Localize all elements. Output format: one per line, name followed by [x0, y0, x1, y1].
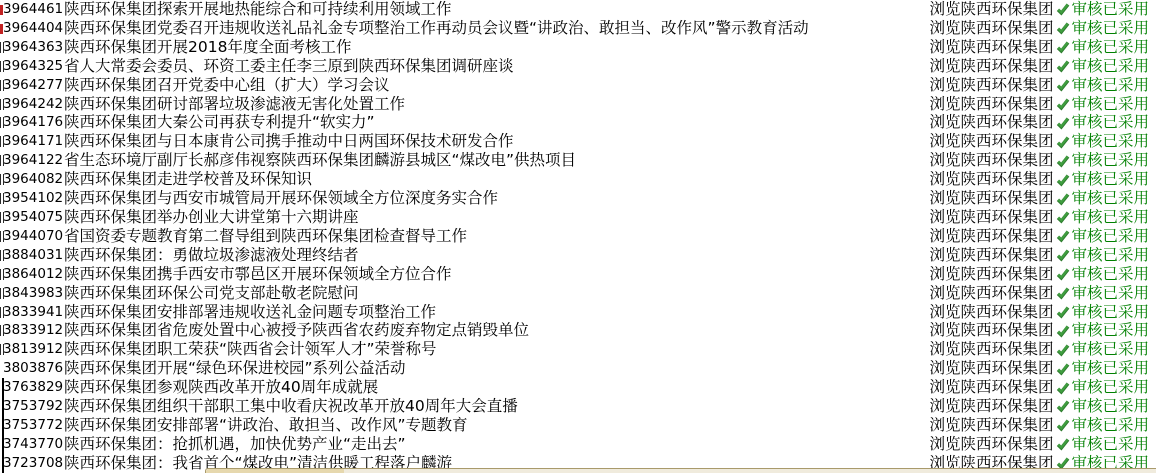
browse-link[interactable]: 浏览陕西环保集团 — [929, 19, 1053, 38]
status-label: 审核已采用 — [1071, 416, 1149, 435]
status-label: 审核已采用 — [1071, 132, 1149, 151]
browse-link[interactable]: 浏览陕西环保集团 — [929, 57, 1053, 76]
browse-link[interactable]: 浏览陕西环保集团 — [929, 265, 1053, 284]
article-title-link[interactable]: 陕西环保集团参观陕西改革开放40周年成就展 — [62, 378, 929, 397]
check-icon — [1055, 361, 1070, 376]
status-label: 审核已采用 — [1071, 113, 1149, 132]
check-icon — [1055, 437, 1070, 452]
check-icon — [1055, 380, 1070, 395]
table-row: 3743770 陕西环保集团：抢抓机遇，加快优势产业“走出去” 浏览陕西环保集团… — [0, 435, 1156, 454]
article-title-link[interactable]: 陕西环保集团：勇做垃圾渗滤液处理终结者 — [62, 246, 929, 265]
article-id: 3964404 — [3, 19, 62, 38]
article-title-link[interactable]: 陕西环保集团与西安市城管局开展环保领域全方位深度务实合作 — [62, 189, 929, 208]
clipped-left-fragment — [0, 325, 5, 336]
check-icon — [1055, 78, 1070, 93]
check-icon — [1055, 2, 1070, 17]
table-row: 3763829 陕西环保集团参观陕西改革开放40周年成就展 浏览陕西环保集团 审… — [0, 378, 1156, 397]
article-id: 3753792 — [3, 397, 62, 416]
article-title-link[interactable]: 陕西环保集团携手西安市鄠邑区开展环保领域全方位合作 — [62, 265, 929, 284]
clipped-left-fragment — [0, 174, 5, 185]
article-id: 3964242 — [3, 95, 62, 114]
status-label: 审核已采用 — [1071, 303, 1149, 322]
clipped-left-fragment — [0, 288, 5, 299]
clipped-left-fragment — [0, 155, 5, 166]
status-label: 审核已采用 — [1071, 435, 1149, 454]
clipped-left-fragment — [0, 193, 5, 204]
article-id: 3753772 — [3, 416, 62, 435]
status-label: 审核已采用 — [1071, 0, 1149, 19]
check-icon — [1055, 115, 1070, 130]
article-title-link[interactable]: 省生态环境厅副厅长郝彦伟视察陕西环保集团麟游县城区“煤改电”供热项目 — [62, 151, 929, 170]
status-label: 审核已采用 — [1071, 227, 1149, 246]
clipped-left-fragment — [0, 250, 5, 261]
article-title-link[interactable]: 省国资委专题教育第二督导组到陕西环保集团检查督导工作 — [62, 227, 929, 246]
check-icon — [1055, 96, 1070, 111]
clipped-left-fragment — [0, 307, 5, 318]
article-id: 3763829 — [3, 378, 62, 397]
table-row: 3843983 陕西环保集团环保公司党支部赴敬老院慰问 浏览陕西环保集团 审核已… — [0, 284, 1156, 303]
table-row: 3964404 陕西环保集团党委召开违规收送礼品礼金专项整治工作再动员会议暨“讲… — [0, 19, 1156, 38]
clipped-left-fragment — [0, 24, 3, 34]
check-icon — [1055, 323, 1070, 338]
status-label: 审核已采用 — [1071, 189, 1149, 208]
status-label: 审核已采用 — [1071, 284, 1149, 303]
table-row: 3964363 陕西环保集团开展2018年度全面考核工作 浏览陕西环保集团 审核… — [0, 38, 1156, 57]
table-row: 3964325 省人大常委会委员、环资工委主任李三原到陕西环保集团调研座谈 浏览… — [0, 57, 1156, 76]
browse-link[interactable]: 浏览陕西环保集团 — [929, 151, 1053, 170]
clipped-left-fragment — [0, 61, 5, 72]
check-icon — [1055, 21, 1070, 36]
article-id: 3833912 — [3, 321, 62, 340]
article-title-link[interactable]: 陕西环保集团举办创业大讲堂第十六期讲座 — [62, 208, 929, 227]
check-icon — [1055, 153, 1070, 168]
table-row: 3964082 陕西环保集团走进学校普及环保知识 浏览陕西环保集团 审核已采用 — [0, 170, 1156, 189]
background-window-edge-segment — [206, 469, 344, 473]
article-id: 3813912 — [3, 340, 62, 359]
status-label: 审核已采用 — [1071, 397, 1149, 416]
browse-link[interactable]: 浏览陕西环保集团 — [929, 132, 1053, 151]
check-icon — [1055, 40, 1070, 55]
table-row: 3833941 陕西环保集团安排部署违规收送礼金问题专项整治工作 浏览陕西环保集… — [0, 303, 1156, 322]
article-id: 3964082 — [3, 170, 62, 189]
status-label: 审核已采用 — [1071, 170, 1149, 189]
browse-link[interactable]: 浏览陕西环保集团 — [929, 189, 1053, 208]
table-row: 3753792 陕西环保集团组织干部职工集中收看庆祝改革开放40周年大会直播 浏… — [0, 397, 1156, 416]
clipped-left-fragment — [0, 80, 5, 91]
table-row: 3944070 省国资委专题教育第二督导组到陕西环保集团检查督导工作 浏览陕西环… — [0, 227, 1156, 246]
check-icon — [1055, 418, 1070, 433]
status-label: 审核已采用 — [1071, 208, 1149, 227]
check-icon — [1055, 248, 1070, 263]
table-row: 3954075 陕西环保集团举办创业大讲堂第十六期讲座 浏览陕西环保集团 审核已… — [0, 208, 1156, 227]
browse-link[interactable]: 浏览陕西环保集团 — [929, 359, 1053, 378]
check-icon — [1055, 286, 1070, 301]
browse-link[interactable]: 浏览陕西环保集团 — [929, 416, 1053, 435]
browse-link[interactable]: 浏览陕西环保集团 — [929, 38, 1053, 57]
browse-link[interactable]: 浏览陕西环保集团 — [929, 340, 1053, 359]
article-title-link[interactable]: 陕西环保集团研讨部署垃圾渗滤液无害化处置工作 — [62, 95, 929, 114]
status-label: 审核已采用 — [1071, 340, 1149, 359]
status-label: 审核已采用 — [1071, 246, 1149, 265]
table-row: 3833912 陕西环保集团省危废处置中心被授予陕西省农药废弃物定点销毁单位 浏… — [0, 321, 1156, 340]
article-title-link[interactable]: 陕西环保集团环保公司党支部赴敬老院慰问 — [62, 284, 929, 303]
article-id: 3723708 — [3, 454, 62, 473]
table-row: 3964461 陕西环保集团探索开展地热能综合和可持续利用领域工作 浏览陕西环保… — [0, 0, 1156, 19]
article-id: 3954075 — [3, 208, 62, 227]
table-row: 3964277 陕西环保集团召开党委中心组（扩大）学习会议 浏览陕西环保集团 审… — [0, 76, 1156, 95]
article-id: 3803876 — [3, 359, 62, 378]
article-title-link[interactable]: 陕西环保集团开展“绿色环保进校园”系列公益活动 — [62, 359, 929, 378]
article-id: 3743770 — [3, 435, 62, 454]
status-label: 审核已采用 — [1071, 38, 1149, 57]
table-row: 3884031 陕西环保集团：勇做垃圾渗滤液处理终结者 浏览陕西环保集团 审核已… — [0, 246, 1156, 265]
clipped-left-fragment — [0, 99, 5, 110]
browse-link[interactable]: 浏览陕西环保集团 — [929, 208, 1053, 227]
browse-link[interactable]: 浏览陕西环保集团 — [929, 227, 1053, 246]
clipped-left-fragment — [0, 42, 5, 53]
status-label: 审核已采用 — [1071, 321, 1149, 340]
browse-link[interactable]: 浏览陕西环保集团 — [929, 435, 1053, 454]
browse-link[interactable]: 浏览陕西环保集团 — [929, 397, 1053, 416]
article-id: 3864012 — [3, 265, 62, 284]
article-title-link[interactable]: 陕西环保集团安排部署违规收送礼金问题专项整治工作 — [62, 303, 929, 322]
article-review-list: 3964461 陕西环保集团探索开展地热能综合和可持续利用领域工作 浏览陕西环保… — [0, 0, 1156, 473]
article-id: 3833941 — [3, 303, 62, 322]
article-title-link[interactable]: 陕西环保集团安排部署“讲政治、敢担当、改作风”专题教育 — [62, 416, 929, 435]
check-icon — [1055, 59, 1070, 74]
table-row: 3954102 陕西环保集团与西安市城管局开展环保领域全方位深度务实合作 浏览陕… — [0, 189, 1156, 208]
clipped-left-fragment — [0, 5, 3, 15]
article-id: 3964363 — [3, 38, 62, 57]
status-label: 审核已采用 — [1071, 151, 1149, 170]
check-icon — [1055, 229, 1070, 244]
clipped-left-border — [2, 435, 4, 454]
article-id: 3964176 — [3, 113, 62, 132]
article-title-link[interactable]: 陕西环保集团：抢抓机遇，加快优势产业“走出去” — [62, 435, 929, 454]
table-row: 3964242 陕西环保集团研讨部署垃圾渗滤液无害化处置工作 浏览陕西环保集团 … — [0, 95, 1156, 114]
clipped-left-fragment — [0, 136, 5, 147]
check-icon — [1055, 191, 1070, 206]
article-id: 3944070 — [3, 227, 62, 246]
table-row: 3803876 陕西环保集团开展“绿色环保进校园”系列公益活动 浏览陕西环保集团… — [0, 359, 1156, 378]
browse-link[interactable]: 浏览陕西环保集团 — [929, 321, 1053, 340]
table-row: 3864012 陕西环保集团携手西安市鄠邑区开展环保领域全方位合作 浏览陕西环保… — [0, 265, 1156, 284]
browse-link[interactable]: 浏览陕西环保集团 — [929, 246, 1053, 265]
background-window-edge — [205, 468, 1156, 473]
article-title-link[interactable]: 省人大常委会委员、环资工委主任李三原到陕西环保集团调研座谈 — [62, 57, 929, 76]
status-label: 审核已采用 — [1071, 265, 1149, 284]
article-id: 3843983 — [3, 284, 62, 303]
article-title-link[interactable]: 陕西环保集团职工荣获“陕西省会计领军人才”荣誉称号 — [62, 340, 929, 359]
clipped-left-border — [2, 416, 4, 435]
article-title-link[interactable]: 陕西环保集团召开党委中心组（扩大）学习会议 — [62, 76, 929, 95]
check-icon — [1055, 210, 1070, 225]
clipped-left-fragment — [0, 269, 5, 280]
browse-link[interactable]: 浏览陕西环保集团 — [929, 0, 1053, 19]
browse-link[interactable]: 浏览陕西环保集团 — [929, 170, 1053, 189]
clipped-left-border — [2, 454, 4, 473]
check-icon — [1055, 172, 1070, 187]
article-title-link[interactable]: 陕西环保集团走进学校普及环保知识 — [62, 170, 929, 189]
article-id: 3964461 — [3, 0, 62, 19]
browse-link[interactable]: 浏览陕西环保集团 — [929, 303, 1053, 322]
article-id: 3964171 — [3, 132, 62, 151]
status-label: 审核已采用 — [1071, 95, 1149, 114]
browse-link[interactable]: 浏览陕西环保集团 — [929, 284, 1053, 303]
clipped-left-fragment — [0, 344, 5, 355]
table-row: 3813912 陕西环保集团职工荣获“陕西省会计领军人才”荣誉称号 浏览陕西环保… — [0, 340, 1156, 359]
article-title-link[interactable]: 陕西环保集团组织干部职工集中收看庆祝改革开放40周年大会直播 — [62, 397, 929, 416]
table-row: 3964176 陕西环保集团大秦公司再获专利提升“软实力” 浏览陕西环保集团 审… — [0, 113, 1156, 132]
clipped-left-border — [2, 397, 4, 416]
check-icon — [1055, 399, 1070, 414]
browse-link[interactable]: 浏览陕西环保集团 — [929, 76, 1053, 95]
check-icon — [1055, 342, 1070, 357]
table-row: 3753772 陕西环保集团安排部署“讲政治、敢担当、改作风”专题教育 浏览陕西… — [0, 416, 1156, 435]
clipped-left-border — [2, 378, 4, 397]
article-id: 3964277 — [3, 76, 62, 95]
clipped-left-fragment — [0, 212, 5, 223]
table-row: 3964122 省生态环境厅副厅长郝彦伟视察陕西环保集团麟游县城区“煤改电”供热… — [0, 151, 1156, 170]
article-title-link[interactable]: 陕西环保集团大秦公司再获专利提升“软实力” — [62, 113, 929, 132]
status-label: 审核已采用 — [1071, 359, 1149, 378]
article-id: 3964122 — [3, 151, 62, 170]
clipped-left-fragment — [0, 117, 5, 128]
status-label: 审核已采用 — [1071, 76, 1149, 95]
check-icon — [1055, 304, 1070, 319]
check-icon — [1055, 267, 1070, 282]
clipped-left-fragment — [0, 231, 5, 242]
browse-link[interactable]: 浏览陕西环保集团 — [929, 378, 1053, 397]
article-id: 3954102 — [3, 189, 62, 208]
table-row: 3964171 陕西环保集团与日本康肯公司携手推动中日两国环保技术研发合作 浏览… — [0, 132, 1156, 151]
article-title-link[interactable]: 陕西环保集团开展2018年度全面考核工作 — [62, 38, 929, 57]
article-title-link[interactable]: 陕西环保集团探索开展地热能综合和可持续利用领域工作 — [62, 0, 929, 19]
browse-link[interactable]: 浏览陕西环保集团 — [929, 95, 1053, 114]
browse-link[interactable]: 浏览陕西环保集团 — [929, 113, 1053, 132]
status-label: 审核已采用 — [1071, 19, 1149, 38]
article-title-link[interactable]: 陕西环保集团与日本康肯公司携手推动中日两国环保技术研发合作 — [62, 132, 929, 151]
status-label: 审核已采用 — [1071, 378, 1149, 397]
article-id: 3964325 — [3, 57, 62, 76]
article-title-link[interactable]: 陕西环保集团党委召开违规收送礼品礼金专项整治工作再动员会议暨“讲政治、敢担当、改… — [62, 19, 929, 38]
article-id: 3884031 — [3, 246, 62, 265]
check-icon — [1055, 134, 1070, 149]
status-label: 审核已采用 — [1071, 57, 1149, 76]
article-title-link[interactable]: 陕西环保集团省危废处置中心被授予陕西省农药废弃物定点销毁单位 — [62, 321, 929, 340]
